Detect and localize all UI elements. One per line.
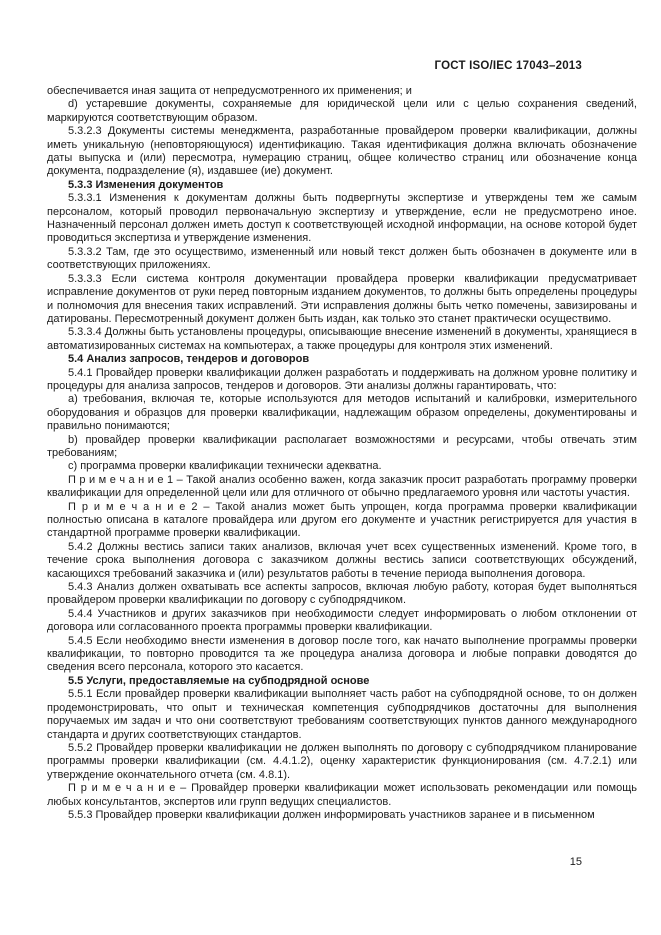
paragraph: 5.3.3.2 Там, где это осуществимо, измене… <box>47 246 637 273</box>
paragraph: 5.3.3.4 Должны быть установлены процедур… <box>47 326 637 353</box>
paragraph: 5.3.2.3 Документы системы менеджмента, р… <box>47 125 637 179</box>
paragraph: 5.4.4 Участников и других заказчиков при… <box>47 608 637 635</box>
note-paragraph: П р и м е ч а н и е 2 – Такой анализ мож… <box>47 501 637 541</box>
section-heading: 5.4 Анализ запросов, тендеров и договоро… <box>47 353 637 366</box>
standard-designation: ГОСТ ISO/IEC 17043–2013 <box>435 60 582 72</box>
paragraph: c) программа проверки квалификации техни… <box>47 460 637 473</box>
section-heading: 5.3.3 Изменения документов <box>47 179 637 192</box>
paragraph: 5.5.3 Провайдер проверки квалификации до… <box>47 809 637 822</box>
paragraph: 5.5.2 Провайдер проверки квалификации не… <box>47 742 637 782</box>
note-paragraph: П р и м е ч а н и е – Провайдер проверки… <box>47 782 637 809</box>
paragraph: 5.4.5 Если необходимо внести изменения в… <box>47 635 637 675</box>
paragraph: 5.4.3 Анализ должен охватывать все аспек… <box>47 581 637 608</box>
paragraph: 5.5.1 Если провайдер проверки квалификац… <box>47 688 637 742</box>
page-number: 15 <box>570 856 582 868</box>
paragraph: a) требования, включая те, которые испол… <box>47 393 637 433</box>
note-paragraph: П р и м е ч а н и е 1 – Такой анализ осо… <box>47 474 637 501</box>
document-page: ГОСТ ISO/IEC 17043–2013 обеспечивается и… <box>0 0 661 935</box>
page-header: ГОСТ ISO/IEC 17043–2013 <box>435 60 582 72</box>
paragraph: d) устаревшие документы, сохраняемые для… <box>47 98 637 125</box>
paragraph: обеспечивается иная защита от непредусмо… <box>47 85 637 98</box>
paragraph: 5.3.3.1 Изменения к документам должны бы… <box>47 192 637 246</box>
section-heading: 5.5 Услуги, предоставляемые на субподряд… <box>47 675 637 688</box>
paragraph: 5.4.2 Должны вестись записи таких анализ… <box>47 541 637 581</box>
paragraph: 5.4.1 Провайдер проверки квалификации до… <box>47 367 637 394</box>
document-body: обеспечивается иная защита от непредусмо… <box>47 85 637 822</box>
paragraph: b) провайдер проверки квалификации распо… <box>47 434 637 461</box>
paragraph: 5.3.3.3 Если система контроля документац… <box>47 273 637 327</box>
